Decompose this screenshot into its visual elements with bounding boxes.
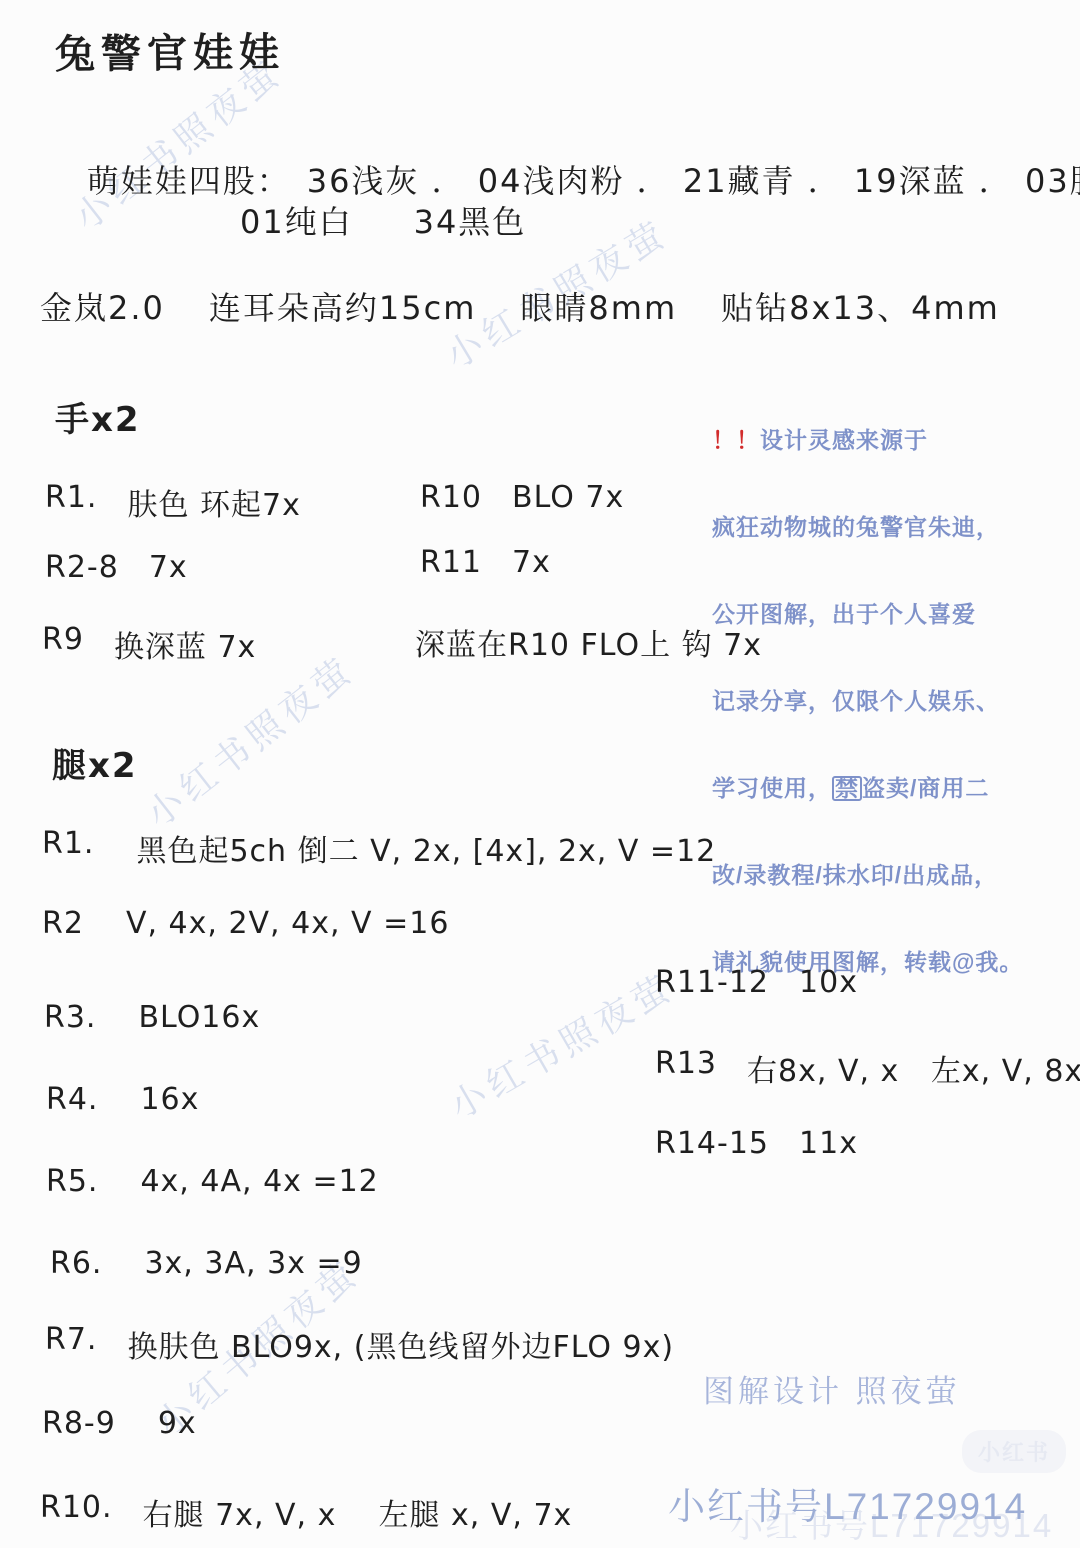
round-label: R13 [655, 1046, 717, 1090]
ban-boxed-char: 禁 [832, 776, 862, 801]
round-label: R9 [42, 622, 84, 666]
handwritten-pattern-page: 小红书照夜萤 小红书照夜萤 小红书照夜萤 小红书照夜萤 小红书照夜萤 兔警官娃娃… [0, 0, 1080, 1548]
notice-text: 学习使用， [712, 775, 832, 801]
hook-size: 金岚2.0 [40, 283, 165, 329]
round-instruction: 7x [512, 545, 551, 580]
pattern-row: R14-15 11x [655, 1126, 858, 1161]
watermark-text: 小红书照夜萤 [134, 642, 364, 837]
notice-line: 改/录教程/抹水印/出成品， [712, 861, 1078, 890]
round-label: R6. [50, 1246, 102, 1281]
pattern-row: R2-8 7x [45, 550, 188, 585]
notice-line: 疯狂动物城的兔警官朱迪， [712, 513, 1078, 542]
round-label: R4. [46, 1082, 98, 1117]
round-label: R10 [420, 480, 482, 515]
hand-section-heading: 手x2 [55, 392, 141, 441]
round-instruction: 4x, 4A, 4x =12 [140, 1164, 378, 1199]
pattern-row: R8-9 9x [42, 1406, 197, 1441]
round-label: R3. [44, 1000, 96, 1035]
round-label: R1. [45, 480, 97, 524]
pattern-row: R10. 右腿 7x, V, x 左腿 x, V, 7x [40, 1490, 572, 1534]
rhinestone-size: 贴钻8x13、4mm [721, 283, 1000, 329]
round-instruction: 换深蓝 7x [114, 622, 256, 666]
pattern-row: R3. BLO16x [44, 1000, 260, 1035]
notice-line: ！！设计灵感来源于 [712, 426, 1078, 455]
pattern-row: R6. 3x, 3A, 3x =9 [50, 1246, 363, 1281]
yarn-colors: 36浅灰 ． 04浅肉粉 ． 21藏青 ． 19深蓝 ． 03肤色 [307, 162, 1080, 200]
notice-line: 记录分享，仅限个人娱乐、 [712, 687, 1078, 716]
notice-text: 设计灵感来源于 [760, 427, 928, 453]
notice-line: 学习使用，禁盗卖/商用二 [712, 774, 1078, 803]
doll-height: 连耳朵高约15cm [209, 283, 477, 329]
pattern-row: R4. 16x [46, 1082, 199, 1117]
round-instruction: 11x [799, 1126, 858, 1161]
round-label: R11-12 [655, 965, 769, 1000]
round-instruction: 3x, 3A, 3x =9 [144, 1246, 362, 1281]
round-instruction: 肤色 环起7x [127, 480, 300, 524]
round-instruction: 黑色起5ch 倒二 V, 2x, [4x], 2x, V =12 [136, 826, 716, 870]
pattern-row: R1. 黑色起5ch 倒二 V, 2x, [4x], 2x, V =12 [42, 826, 716, 870]
pattern-row: R11-12 10x [655, 965, 858, 1000]
round-label: R11 [420, 545, 482, 580]
pattern-row: 深蓝在R10 FLO上 钩 7x [415, 620, 762, 664]
leg-section-heading: 腿x2 [52, 738, 138, 787]
round-instruction: 右腿 7x, V, x 左腿 x, V, 7x [143, 1490, 573, 1534]
pattern-row: R5. 4x, 4A, 4x =12 [46, 1164, 379, 1199]
round-label: R2-8 [45, 550, 119, 585]
pattern-row: R2 V, 4x, 2V, 4x, V =16 [42, 906, 449, 941]
watermark-text: 小红书照夜萤 [439, 959, 683, 1129]
round-label: R10. [40, 1490, 113, 1534]
round-label: R5. [46, 1164, 98, 1199]
round-instruction: 换肤色 BLO9x, (黑色线留外边FLO 9x) [127, 1322, 674, 1366]
round-instruction: BLO16x [138, 1000, 260, 1035]
round-instruction: 9x [158, 1406, 197, 1441]
alert-exclamation-icon: ！！ [712, 427, 760, 453]
notice-text: 盗卖/商用二 [862, 775, 989, 801]
round-instruction: 右8x, V, x 左x, V, 8x [747, 1046, 1080, 1090]
round-instruction: 10x [799, 965, 858, 1000]
xiaohongshu-badge: 小红书 [962, 1430, 1066, 1473]
pattern-row: R13 右8x, V, x 左x, V, 8x [655, 1046, 1080, 1090]
specs-line: 金岚2.0 连耳朵高约15cm 眼睛8mm 贴钻8x13、4mm [40, 283, 1000, 329]
pattern-row: R1. 肤色 环起7x [45, 480, 301, 524]
round-instruction: 7x [149, 550, 188, 585]
notice-line: 公开图解，出于个人喜爱 [712, 600, 1078, 629]
account-id: 小红书号L71729914 [668, 1476, 1027, 1530]
round-instruction: BLO 7x [512, 480, 624, 515]
pattern-row: R11 7x [420, 545, 551, 580]
designer-credit: 图解设计 照夜萤 [703, 1366, 961, 1411]
round-instruction: V, 4x, 2V, 4x, V =16 [126, 906, 449, 941]
pattern-row: R10 BLO 7x [420, 480, 624, 515]
round-instruction: 16x [140, 1082, 199, 1117]
pattern-row: R7. 换肤色 BLO9x, (黑色线留外边FLO 9x) [45, 1322, 674, 1366]
round-label: R1. [42, 826, 94, 870]
round-label: R7. [45, 1322, 97, 1366]
page-title: 兔警官娃娃 [55, 21, 286, 80]
yarn-line: 萌娃娃四股：36浅灰 ． 04浅肉粉 ． 21藏青 ． 19深蓝 ． 03肤色 [38, 118, 1080, 240]
yarn-label: 萌娃娃四股： [87, 162, 291, 200]
pattern-row: R9 换深蓝 7x [42, 622, 256, 666]
round-label: R14-15 [655, 1126, 769, 1161]
round-label: R2 [42, 906, 84, 941]
round-label: R8-9 [42, 1406, 116, 1441]
yarn-colors-extra: 01纯白 34黑色 [240, 197, 526, 243]
round-instruction: 深蓝在R10 FLO上 钩 7x [415, 620, 762, 664]
copyright-notice: ！！设计灵感来源于 疯狂动物城的兔警官朱迪， 公开图解，出于个人喜爱 记录分享，… [712, 368, 1078, 1035]
eye-size: 眼睛8mm [520, 283, 677, 329]
